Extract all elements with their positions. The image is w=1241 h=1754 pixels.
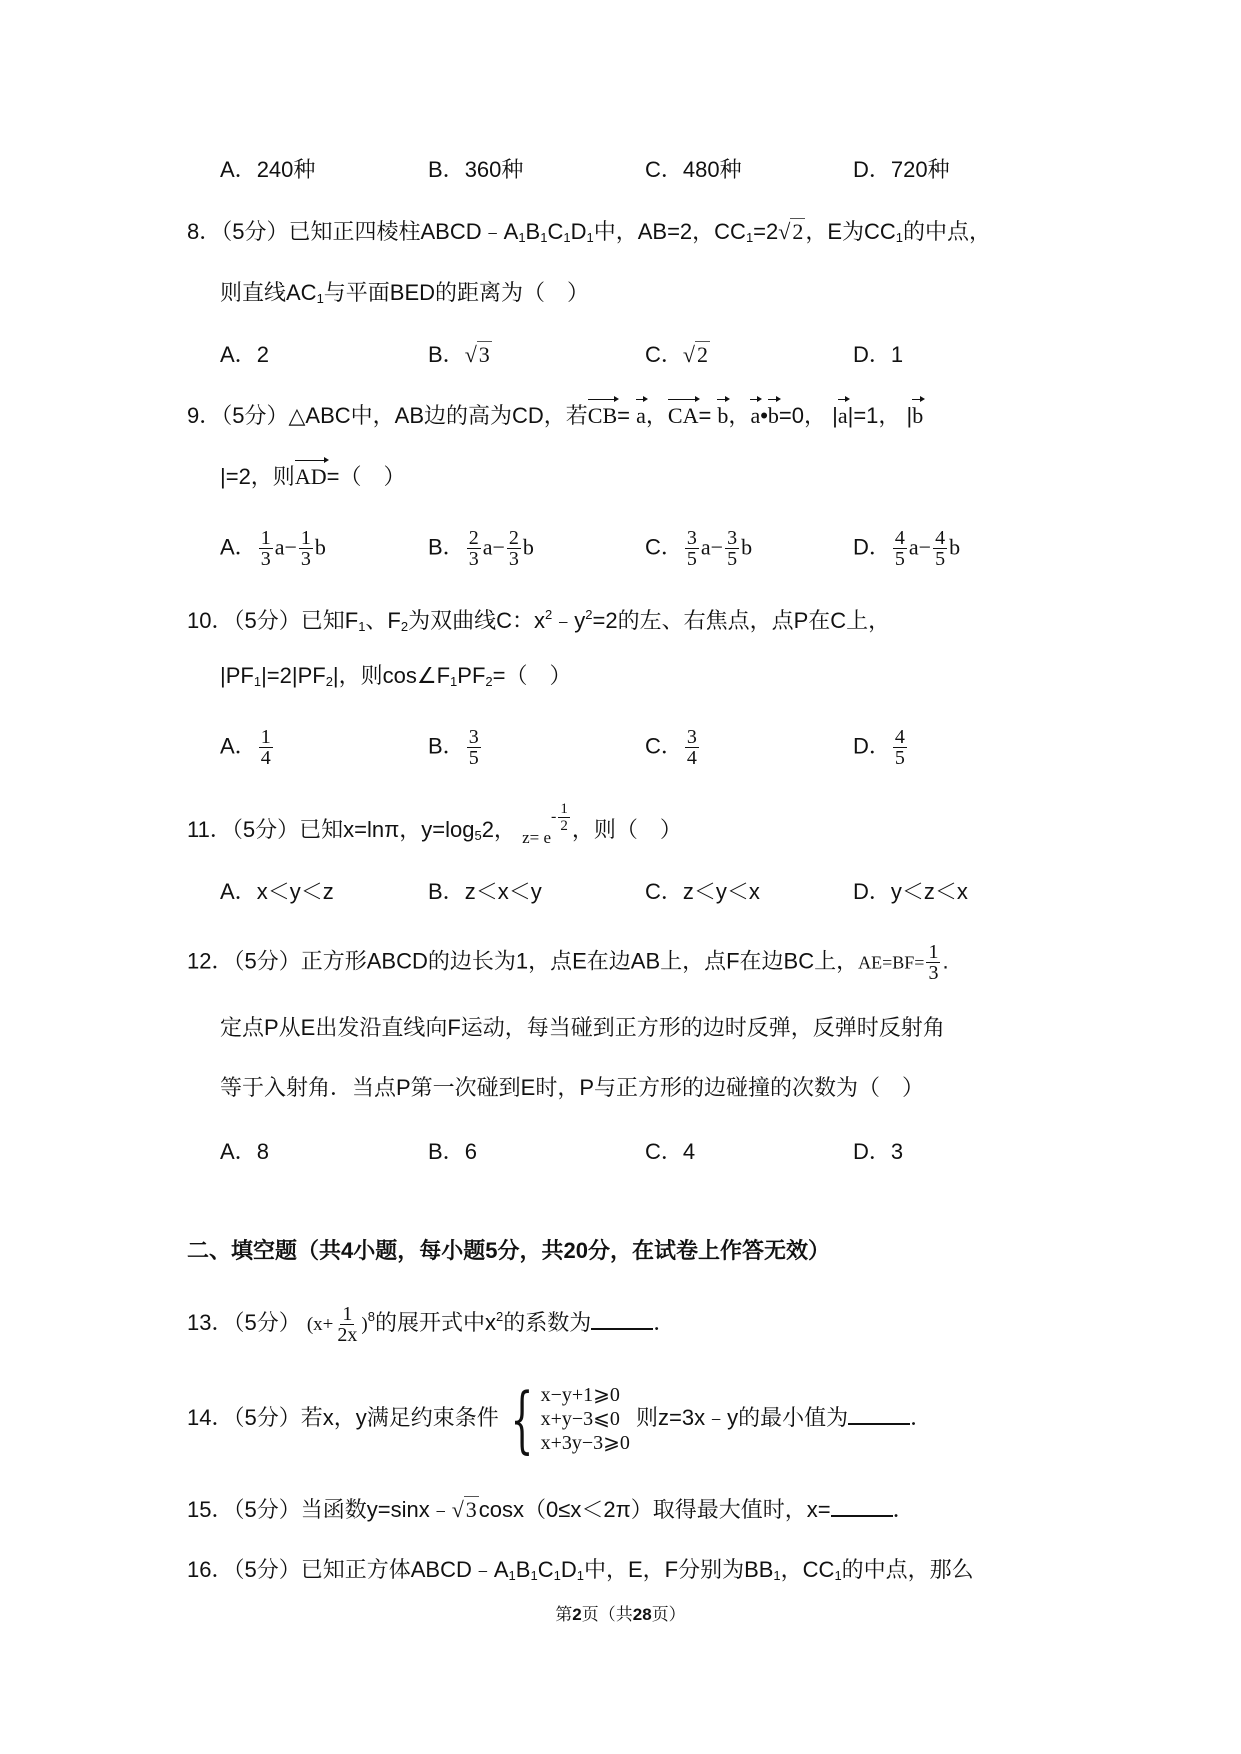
q12-option-d: D．3 <box>853 1137 903 1167</box>
q9-option-b: B．23a−23b <box>428 528 534 569</box>
q11-option-d: D．y＜z＜x <box>853 877 968 907</box>
constraint-system: {x−y+1⩾0x+y−3⩽0x+3y−3⩾0 <box>499 1383 630 1455</box>
q7-option-b: B．360种 <box>428 155 523 185</box>
q10-option-c: C．34 <box>645 727 701 768</box>
q8-line2: 则直线AC1与平面BED的距离为（ ） <box>220 278 589 314</box>
q12-option-b: B．6 <box>428 1137 477 1167</box>
left-brace-icon: { <box>510 1383 533 1455</box>
q12-line3: 等于入射角．当点P第一次碰到E时，P与正方形的边碰撞的次数为（ ） <box>220 1073 924 1103</box>
sqrt-symbol: √2 <box>778 218 805 244</box>
q10-option-d: D．45 <box>853 727 909 768</box>
q8-option-d: D．1 <box>853 340 903 370</box>
q13-line: 13．（5分） (x+12x)8的展开式中x2的系数为． <box>187 1302 675 1345</box>
q8-option-c: C．√2 <box>645 340 710 370</box>
q11-line1: 11．（5分）已知x=lnπ，y=log52， z= e-12，则（ ） <box>187 815 682 851</box>
q15-line: 15．（5分）当函数y=sinx﹣√3cosx（0≤x＜2π）取得最大值时，x=… <box>187 1493 915 1525</box>
q7-option-a: A．240种 <box>220 155 315 185</box>
q9-option-c: C．35a−35b <box>645 528 752 569</box>
answer-blank[interactable] <box>848 1401 910 1425</box>
q8-line1: 8．（5分）已知正四棱柱ABCD﹣A1B1C1D1中，AB=2，CC1=2√2，… <box>187 217 991 253</box>
section-header-fill-in: 二、填空题（共4小题，每小题5分，共20分，在试卷上作答无效） <box>187 1236 830 1266</box>
q12-line1: 12．（5分）正方形ABCD的边长为1，点E在边AB上，点F在边BC上，AE=B… <box>187 942 949 983</box>
q10-line2: |PF1|=2|PF2|，则cos∠F1PF2=（ ） <box>220 661 572 697</box>
q14-line: 14．（5分）若x，y满足约束条件{x−y+1⩾0x+y−3⩽0x+3y−3⩾0… <box>187 1380 932 1456</box>
q12-option-a: A．8 <box>220 1137 269 1167</box>
q7-option-c: C．480种 <box>645 155 742 185</box>
q10-option-b: B．35 <box>428 727 483 768</box>
answer-blank[interactable] <box>831 1493 893 1517</box>
q12-option-c: C．4 <box>645 1137 695 1167</box>
q11-option-c: C．z＜y＜x <box>645 877 760 907</box>
page-footer: 第2页（共28页） <box>0 1600 1241 1625</box>
q9-line1: 9．（5分）△ABC中，AB边的高为CD，若CB= a，CA= b，a•b=0，… <box>187 401 923 431</box>
q10-option-a: A．14 <box>220 727 275 768</box>
q9-line2: |=2，则AD=（ ） <box>220 462 405 492</box>
q11-option-b: B．z＜x＜y <box>428 877 542 907</box>
q9-option-a: A．13a−13b <box>220 528 326 569</box>
q12-line2: 定点P从E出发沿直线向F运动，每当碰到正方形的边时反弹，反弹时反射角 <box>220 1013 945 1043</box>
q8-option-a: A．2 <box>220 340 269 370</box>
q11-option-a: A．x＜y＜z <box>220 877 334 907</box>
answer-blank[interactable] <box>591 1306 653 1330</box>
q9-option-d: D．45a−45b <box>853 528 960 569</box>
q16-line: 16．（5分）已知正方体ABCD﹣A1B1C1D1中，E，F分别为BB1，CC1… <box>187 1555 974 1591</box>
q7-option-d: D．720种 <box>853 155 950 185</box>
q10-line1: 10．（5分）已知F1、F2为双曲线C：x2﹣y2=2的左、右焦点，点P在C上， <box>187 600 890 642</box>
q8-option-b: B．√3 <box>428 340 492 370</box>
